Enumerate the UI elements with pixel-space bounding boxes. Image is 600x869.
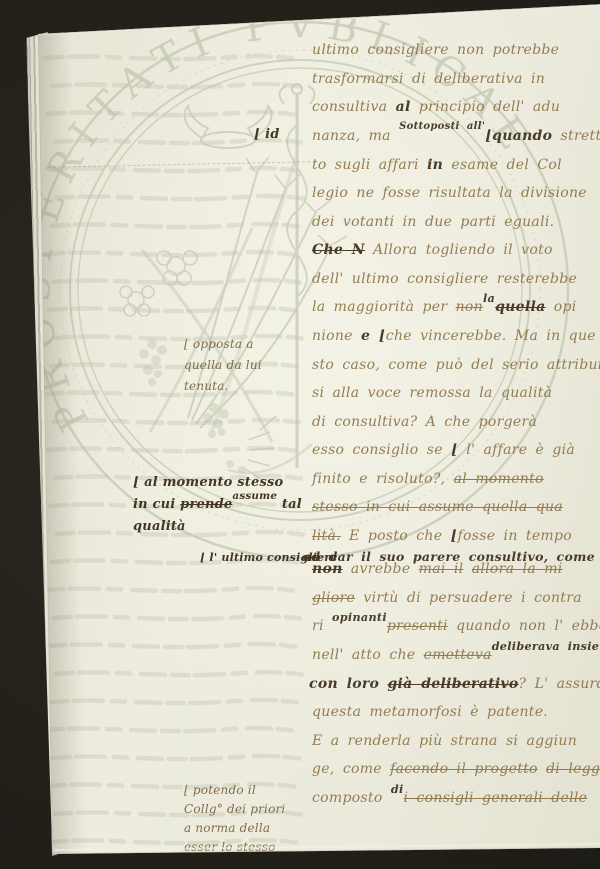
page-number: 32 — [78, 16, 94, 29]
page-edge-highlight — [0, 0, 600, 869]
manuscript-photo: PROSPERITATI PVBLICAE — [0, 0, 600, 869]
manuscript-page: PROSPERITATI PVBLICAE — [0, 0, 600, 869]
